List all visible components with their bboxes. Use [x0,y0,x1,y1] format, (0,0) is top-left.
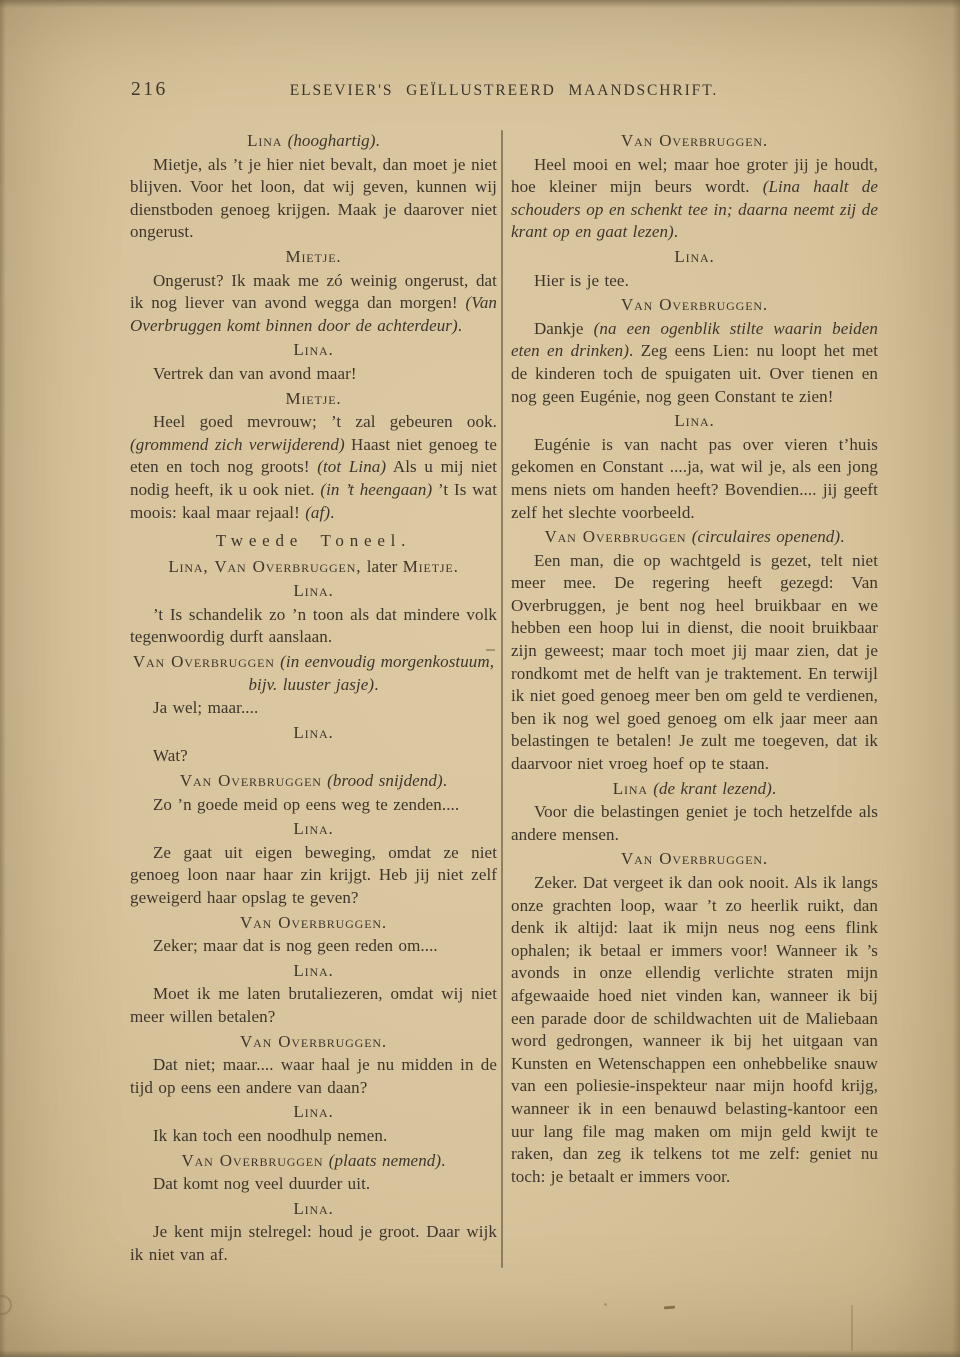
dialogue-text: Ongerust? Ik maak me zó weinig ongerust,… [130,271,497,313]
character-name: Van Overbruggen [133,652,275,671]
dialogue-text: . [443,771,447,790]
dialogue-paragraph: Ik kan toch een noodhulp nemen. [130,1125,497,1148]
dialogue-paragraph: Ongerust? Ik maak me zó weinig ongerust,… [130,270,497,338]
speaker-heading: Lina (de krant lezend). [511,778,878,801]
speaker-heading: Lina. [130,722,497,745]
dialogue-paragraph: ’t Is schandelik zo ’n toon als dat mind… [130,604,497,649]
scan-artifact [851,1305,853,1351]
stage-direction: (in ’t heengaan) [320,480,432,499]
dialogue-text: Mietje, als ’t je hier niet bevalt, dan … [130,155,497,242]
speaker-heading: Van Overbruggen (brood snijdend). [130,770,497,793]
dialogue-text: Dankje [534,319,594,338]
scan-artifact [0,1295,12,1315]
speaker-heading: Van Overbruggen. [130,1031,497,1054]
stage-direction: (hooghartig) [282,131,375,150]
speaker-heading: Van Overbruggen. [511,294,878,317]
dialogue-paragraph: Wat? [130,745,497,768]
dialogue-paragraph: Zeker; maar dat is nog geen reden om.... [130,935,497,958]
dialogue-text: Ze gaat uit eigen beweging, omdat ze nie… [130,843,497,907]
speaker-heading: Lina. [130,339,497,362]
dialogue-paragraph: Moet ik me laten brutaliezeren, omdat wi… [130,983,497,1028]
speaker-heading: Van Overbruggen (circulaires openend). [511,526,878,549]
speaker-heading: Van Overbruggen. [511,848,878,871]
scan-edge-bottom [0,1350,960,1357]
character-name: Lina. [293,723,333,742]
dialogue-paragraph: Zeker. Dat vergeet ik dan ook nooit. Als… [511,872,878,1188]
dialogue-text: . [441,1151,445,1170]
dialogue-text: Dat komt nog veel duurder uit. [153,1174,370,1193]
scan-edge-right [952,0,960,1357]
dialogue-text: Tweede Toneel. [216,531,411,550]
dialogue-text: Hier is je tee. [534,271,629,290]
dialogue-text: Vertrek dan van avond maar! [153,364,357,383]
dialogue-paragraph: Eugénie is van nacht pas over vieren t’h… [511,434,878,524]
speaker-heading: Van Overbruggen. [511,130,878,153]
dialogue-text: Een man, die op wachtgeld is gezet, telt… [511,551,878,773]
dialogue-paragraph: Mietje, als ’t je hier niet bevalt, dan … [130,154,497,244]
dialogue-text: Wat? [153,746,188,765]
dialogue-text: Je kent mijn stelregel: houd je groot. D… [130,1222,497,1264]
dialogue-paragraph: Dankje (na een ogenblik stilte waarin be… [511,318,878,408]
stage-direction: (brood snijdend) [322,771,443,790]
character-name: Lina. [293,581,333,600]
character-name: Van Overbruggen. [240,913,387,932]
dialogue-text: Zeker. Dat vergeet ik dan ook nooit. Als… [511,873,878,1186]
dialogue-text: . [374,675,378,694]
dialogue-paragraph: Dat komt nog veel duurder uit. [130,1173,497,1196]
character-name: Lina. [293,1102,333,1121]
scene-heading: Tweede Toneel. [130,530,497,553]
dialogue-text: . [376,131,380,150]
scan-edge-top [0,0,960,8]
character-name: Van Overbruggen [545,527,687,546]
character-name: Lina. [293,1199,333,1218]
dialogue-paragraph: Je kent mijn stelregel: houd je groot. D… [130,1221,497,1266]
dialogue-text: later [361,557,402,576]
dialogue-text: Eugénie is van nacht pas over vieren t’h… [511,435,878,522]
speaker-heading: Lina. [130,580,497,603]
text-column-left: Lina (hooghartig).Mietje, als ’t je hier… [130,128,497,1267]
dialogue-paragraph: Heel goed mevrouw; ’t zal gebeuren ook. … [130,411,497,524]
dialogue-text: ’t Is schandelik zo ’n toon als dat mind… [130,605,497,647]
column-divider-rule [501,130,503,1268]
dialogue-text: . [840,527,844,546]
speaker-heading: Lina. [511,246,878,269]
dialogue-paragraph: Ja wel; maar.... [130,697,497,720]
stage-direction: (tot Lina) [317,457,386,476]
dialogue-text: . [458,316,462,335]
character-name: Mietje. [403,557,459,576]
dialogue-text: Zo ’n goede meid op eens weg te zenden..… [153,795,459,814]
character-name: Mietje. [286,247,342,266]
dialogue-text: Dat niet; maar.... waar haal je nu midde… [130,1055,497,1097]
dialogue-paragraph: Vertrek dan van avond maar! [130,363,497,386]
character-name: Van Overbruggen. [621,295,768,314]
character-name: Lina. [674,411,714,430]
speaker-heading: Van Overbruggen (plaats nemend). [130,1150,497,1173]
character-name: Lina [247,131,282,150]
scan-artifact [604,1303,607,1306]
character-name: Van Overbruggen. [240,1032,387,1051]
speaker-heading: Lina. [130,818,497,841]
speaker-heading: Lina. [130,1101,497,1124]
dialogue-paragraph: Voor die belastingen geniet je toch hetz… [511,801,878,846]
character-name: Lina, Van Overbruggen, [168,557,361,576]
dialogue-text: Ik kan toch een noodhulp nemen. [153,1126,387,1145]
dialogue-text: Moet ik me laten brutaliezeren, omdat wi… [130,984,497,1026]
dialogue-paragraph: Zo ’n goede meid op eens weg te zenden..… [130,794,497,817]
character-name: Lina. [293,819,333,838]
dialogue-text: Zeker; maar dat is nog geen reden om.... [153,936,438,955]
stage-direction: (de krant lezend) [648,779,772,798]
cast-list: Lina, Van Overbruggen, later Mietje. [130,556,497,579]
speaker-heading: Mietje. [130,246,497,269]
dialogue-paragraph: Hier is je tee. [511,270,878,293]
character-name: Van Overbruggen [180,771,322,790]
speaker-heading: Van Overbruggen (in eenvoudig morgenkost… [130,651,497,696]
stage-direction: (circulaires openend) [686,527,840,546]
character-name: Lina. [293,961,333,980]
speaker-heading: Lina. [130,960,497,983]
character-name: Van Overbruggen. [621,131,768,150]
dialogue-paragraph: Dat niet; maar.... waar haal je nu midde… [130,1054,497,1099]
character-name: Mietje. [286,389,342,408]
dialogue-text: . [772,779,776,798]
stage-direction: (plaats nemend) [323,1151,441,1170]
dialogue-paragraph: Heel mooi en wel; maar hoe groter jij je… [511,154,878,244]
text-column-right: Van Overbruggen.Heel mooi en wel; maar h… [511,128,878,1188]
stage-direction: (grommend zich verwijderend) [130,435,345,454]
speaker-heading: Mietje. [130,388,497,411]
speaker-heading: Lina. [511,410,878,433]
dialogue-text: . [330,503,334,522]
speaker-heading: Van Overbruggen. [130,912,497,935]
character-name: Van Overbruggen [182,1151,324,1170]
stage-direction: (af) [305,503,330,522]
dialogue-paragraph: Een man, die op wachtgeld is gezet, telt… [511,550,878,776]
character-name: Lina. [293,340,333,359]
speaker-heading: Lina (hooghartig). [130,130,497,153]
stage-direction: (in eenvoudig morgenkostuum, bijv. luust… [248,652,494,694]
speaker-heading: Lina. [130,1198,497,1221]
dialogue-text: Voor die belastingen geniet je toch hetz… [511,802,878,844]
character-name: Lina [613,779,648,798]
journal-title: ELSEVIER'S GEÏLLUSTREERD MAANDSCHRIFT. [130,82,878,100]
scan-artifact [664,1306,675,1309]
character-name: Lina. [674,247,714,266]
dialogue-text: . [674,222,678,241]
dialogue-text: Ja wel; maar.... [153,698,258,717]
scan-edge-left [0,0,6,1357]
character-name: Van Overbruggen. [621,849,768,868]
dialogue-text: Heel goed mevrouw; ’t zal gebeuren ook. [153,412,497,431]
dialogue-paragraph: Ze gaat uit eigen beweging, omdat ze nie… [130,842,497,910]
